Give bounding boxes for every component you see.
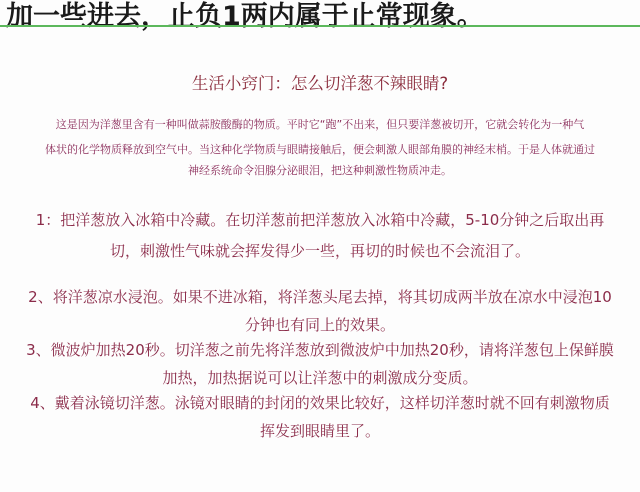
tip-2: 2、将洋葱凉水浸泡。如果不进冰箱，将洋葱头尾去掉，将其切成两半放在凉水中浸泡10…: [14, 283, 626, 339]
tip-line: 3、微波炉加热20秒。切洋葱之前先将洋葱放到微波炉中加热20秒，请将洋葱包上保鲜…: [14, 336, 626, 364]
tip-line: 4、戴着泳镜切洋葱。泳镜对眼睛的封闭的效果比较好，这样切洋葱时就不回有刺激物质: [14, 389, 626, 417]
tip-1: 1：把洋葱放入冰箱中冷藏。在切洋葱前把洋葱放入冰箱中冷藏，5-10分钟之后取出再…: [14, 206, 626, 268]
tip-line: 切，刺激性气味就会挥发得少一些，再切的时候也不会流泪了。: [14, 234, 626, 268]
tip-line: 加热，加热据说可以让洋葱中的刺激成分变质。: [14, 364, 626, 392]
intro-paragraph: 这是因为洋葱里含有一种叫做蒜胺酸酶的物质。平时它“跑”不出来，但只要洋葱被切开，…: [20, 112, 620, 180]
tip-line: 2、将洋葱凉水浸泡。如果不进冰箱，将洋葱头尾去掉，将其切成两半放在凉水中浸泡10: [14, 283, 626, 311]
tip-line: 挥发到眼睛里了。: [14, 417, 626, 445]
tip-3: 3、微波炉加热20秒。切洋葱之前先将洋葱放到微波炉中加热20秒，请将洋葱包上保鲜…: [14, 336, 626, 392]
green-divider: [0, 25, 640, 27]
section-title: 生活小窍门：怎么切洋葱不辣眼睛?: [0, 70, 640, 94]
intro-line: 神经系统命令泪腺分泌眼泪，把这种刺激性物质冲走。: [20, 162, 620, 180]
partial-heading: 加一些进去，止负1两内属于止常现象。: [6, 0, 484, 33]
intro-line: 这是因为洋葱里含有一种叫做蒜胺酸酶的物质。平时它“跑”不出来，但只要洋葱被切开，…: [20, 112, 620, 137]
tip-line: 1：把洋葱放入冰箱中冷藏。在切洋葱前把洋葱放入冰箱中冷藏，5-10分钟之后取出再: [14, 206, 626, 234]
intro-line: 体状的化学物质释放到空气中。当这种化学物质与眼睛接触后，便会刺激人眼部角膜的神经…: [20, 137, 620, 162]
tip-line: 分钟也有同上的效果。: [14, 311, 626, 339]
tip-4: 4、戴着泳镜切洋葱。泳镜对眼睛的封闭的效果比较好，这样切洋葱时就不回有刺激物质 …: [14, 389, 626, 445]
